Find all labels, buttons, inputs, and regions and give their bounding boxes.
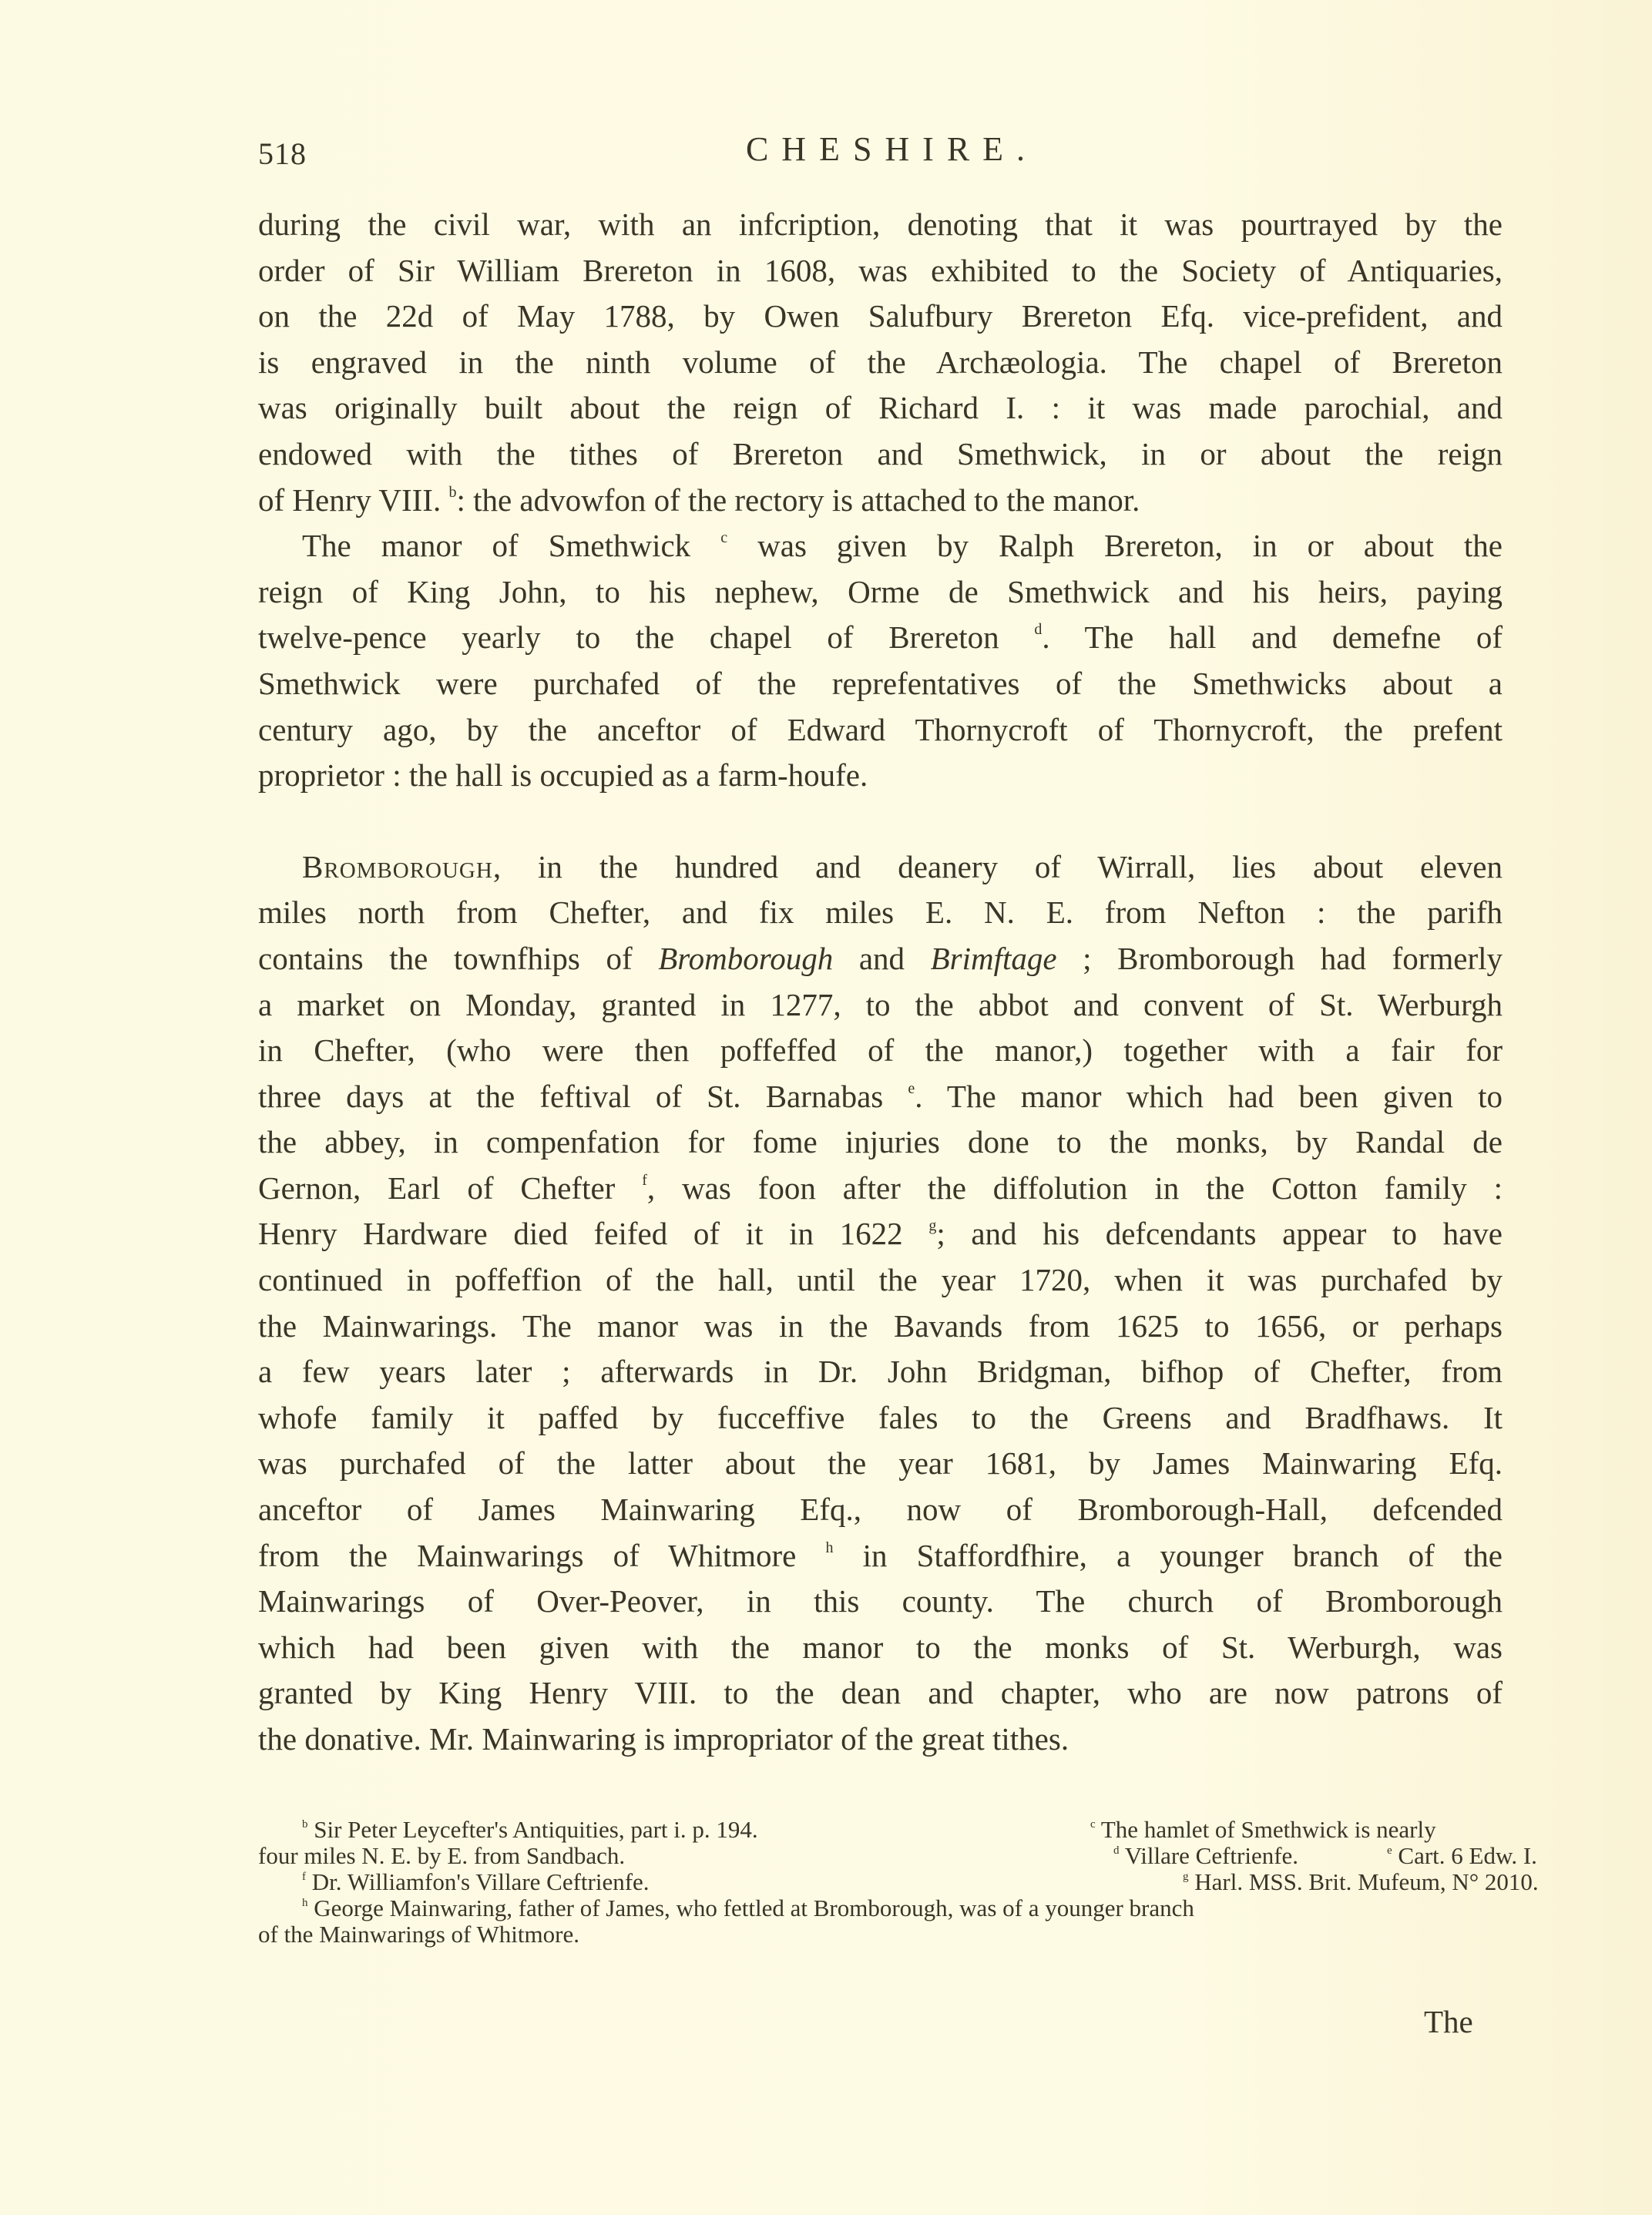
catchword: The [1424, 2003, 1473, 2040]
footnote-mark: e [1387, 1844, 1392, 1857]
footnote-h-continued: of the Mainwarings of Whitmore. [258, 1921, 579, 1948]
text-run: : the advowfon of the rectory is attache… [456, 482, 1140, 518]
text-line: miles north from Chefter, and fix miles … [258, 890, 1503, 936]
text-line: Smethwick were purchafed of the reprefen… [258, 661, 1503, 707]
book-page: 518 CHESHIRE. during the civil war, with… [0, 0, 1652, 2215]
text-line: contains the townfhips of Bromborough an… [258, 936, 1503, 982]
text-line: is engraved in the ninth volume of the A… [258, 340, 1503, 386]
footnote-mark: g [1183, 1871, 1189, 1883]
text-line: which had been given with the manor to t… [258, 1625, 1503, 1671]
text-line: Mainwarings of Over-Peover, in this coun… [258, 1579, 1503, 1625]
text-line: Henry Hardware died feifed of it in 1622… [258, 1211, 1503, 1257]
text-line: Gernon, Earl of Chefter f, was foon afte… [258, 1166, 1503, 1212]
paragraph-gap [258, 799, 1503, 844]
footnote-mark: d [1113, 1844, 1120, 1857]
text-line: continued in poffeffion of the hall, unt… [258, 1257, 1503, 1304]
running-title: CHESHIRE. [258, 129, 1503, 169]
text-run: three days at the feftival of St. Barnab… [258, 1079, 908, 1114]
text-line: three days at the feftival of St. Barnab… [258, 1074, 1503, 1120]
text-line: century ago, by the anceftor of Edward T… [258, 707, 1503, 753]
footnote-line: of the Mainwarings of Whitmore. [258, 1921, 1503, 1948]
footnote-b: b Sir Peter Leycefter's Antiquities, par… [302, 1817, 758, 1843]
text-run: and [833, 941, 930, 976]
footnote-text: Sir Peter Leycefter's Antiquities, part … [314, 1816, 757, 1843]
text-line: order of Sir William Brereton in 1608, w… [258, 248, 1503, 294]
text-line: reign of King John, to his nephew, Orme … [258, 569, 1503, 616]
text-line: the donative. Mr. Mainwaring is impropri… [258, 1717, 1503, 1763]
text-run: ; Bromborough had formerly [1057, 941, 1503, 976]
text-line: of Henry VIII. b: the advowfon of the re… [258, 478, 1503, 524]
footnote-mark: c [1090, 1818, 1096, 1831]
text-line: was originally built about the reign of … [258, 385, 1503, 431]
page-header: 518 CHESHIRE. [258, 129, 1503, 176]
footnote-e: e Cart. 6 Edw. I. [1387, 1843, 1537, 1869]
text-run: in Staffordfhire, a younger branch of th… [834, 1538, 1503, 1573]
footnote-line: four miles N. E. by E. from Sandbach. d … [258, 1843, 1503, 1869]
text-run: contains the townfhips of [258, 941, 658, 976]
footnote-mark: b [302, 1818, 308, 1831]
text-line: proprietor : the hall is occupied as a f… [258, 753, 1503, 799]
italic-place-name: Brimftage [931, 941, 1057, 976]
text-run: Gernon, Earl of Chefter [258, 1170, 642, 1206]
text-line: during the civil war, with an infcriptio… [258, 202, 1503, 248]
text-line: twelve-pence yearly to the chapel of Bre… [258, 615, 1503, 661]
text-run: The manor of Smethwick [302, 528, 720, 563]
text-line: endowed with the tithes of Brereton and … [258, 431, 1503, 478]
text-line: the Mainwarings. The manor was in the Ba… [258, 1304, 1503, 1350]
text-line: whofe family it paffed by fucceffive fal… [258, 1395, 1503, 1441]
footnote-line: b Sir Peter Leycefter's Antiquities, par… [258, 1817, 1503, 1843]
text-line: granted by King Henry VIII. to the dean … [258, 1670, 1503, 1717]
footnote-ref-h[interactable]: h [826, 1539, 834, 1556]
footnote-line: h George Mainwaring, father of James, wh… [258, 1895, 1503, 1921]
text-run: of Henry VIII. [258, 482, 448, 518]
text-line: on the 22d of May 1788, by Owen Salufbur… [258, 294, 1503, 340]
footnote-ref-c[interactable]: c [720, 529, 727, 546]
text-run: , was foon after the diffolution in the … [647, 1170, 1503, 1206]
footnote-f: f Dr. Williamfon's Villare Ceftrienfe. [302, 1869, 650, 1895]
footnote-mark: f [302, 1871, 306, 1883]
body-text: during the civil war, with an infcriptio… [258, 202, 1503, 1763]
text-line: was purchafed of the latter about the ye… [258, 1441, 1503, 1487]
text-run: was given by Ralph Brereton, in or about… [727, 528, 1503, 563]
paragraph-start: The manor of Smethwick c was given by Ra… [258, 523, 1503, 569]
footnote-c-continued: four miles N. E. by E. from Sandbach. [258, 1843, 625, 1869]
footnote-ref-b[interactable]: b [448, 484, 456, 501]
footnote-text: Dr. Williamfon's Villare Ceftrienfe. [312, 1868, 650, 1895]
footnote-c: c The hamlet of Smethwick is nearly [1090, 1817, 1436, 1843]
footnote-ref-d[interactable]: d [1034, 621, 1042, 638]
footnote-text: George Mainwaring, father of James, who … [314, 1894, 1194, 1921]
text-run: . The manor which had been given to [915, 1079, 1503, 1114]
paragraph-start: Bromborough, in the hundred and deanery … [258, 844, 1503, 891]
text-line: a few years later ; afterwards in Dr. Jo… [258, 1349, 1503, 1395]
footnote-g: g Harl. MSS. Brit. Mufeum, N° 2010. [1183, 1869, 1539, 1895]
footnote-text: Cart. 6 Edw. I. [1398, 1842, 1537, 1869]
text-run: , in the hundred and deanery of Wirrall,… [493, 849, 1503, 884]
footnote-mark: h [302, 1897, 308, 1909]
footnote-text: Harl. MSS. Brit. Mufeum, N° 2010. [1194, 1868, 1538, 1895]
text-line: the abbey, in compenfation for fome inju… [258, 1119, 1503, 1166]
text-line: anceftor of James Mainwaring Efq., now o… [258, 1487, 1503, 1533]
text-line: from the Mainwarings of Whitmore h in St… [258, 1533, 1503, 1579]
text-run: from the Mainwarings of Whitmore [258, 1538, 826, 1573]
text-line: in Chefter, (who were then poffeffed of … [258, 1028, 1503, 1074]
text-run: . The hall and demefne of [1042, 619, 1503, 655]
footnotes: b Sir Peter Leycefter's Antiquities, par… [258, 1817, 1503, 1948]
footnote-h: h George Mainwaring, father of James, wh… [302, 1895, 1194, 1921]
text-line: a market on Monday, granted in 1277, to … [258, 982, 1503, 1029]
text-run: Henry Hardware died feifed of it in 1622 [258, 1216, 928, 1251]
footnote-line: f Dr. Williamfon's Villare Ceftrienfe. g… [258, 1869, 1503, 1895]
text-run: twelve-pence yearly to the chapel of Bre… [258, 619, 1034, 655]
footnote-ref-g[interactable]: g [928, 1217, 936, 1234]
footnote-ref-e[interactable]: e [908, 1080, 915, 1097]
footnote-ref-f[interactable]: f [642, 1172, 647, 1189]
footnote-d: d Villare Ceftrienfe. [1113, 1843, 1298, 1869]
text-run: ; and his defcendants appear to have [936, 1216, 1503, 1251]
place-name-heading: Bromborough [302, 849, 493, 884]
footnote-text: The hamlet of Smethwick is nearly [1101, 1816, 1436, 1843]
footnote-text: Villare Ceftrienfe. [1125, 1842, 1298, 1869]
italic-place-name: Bromborough [658, 941, 833, 976]
